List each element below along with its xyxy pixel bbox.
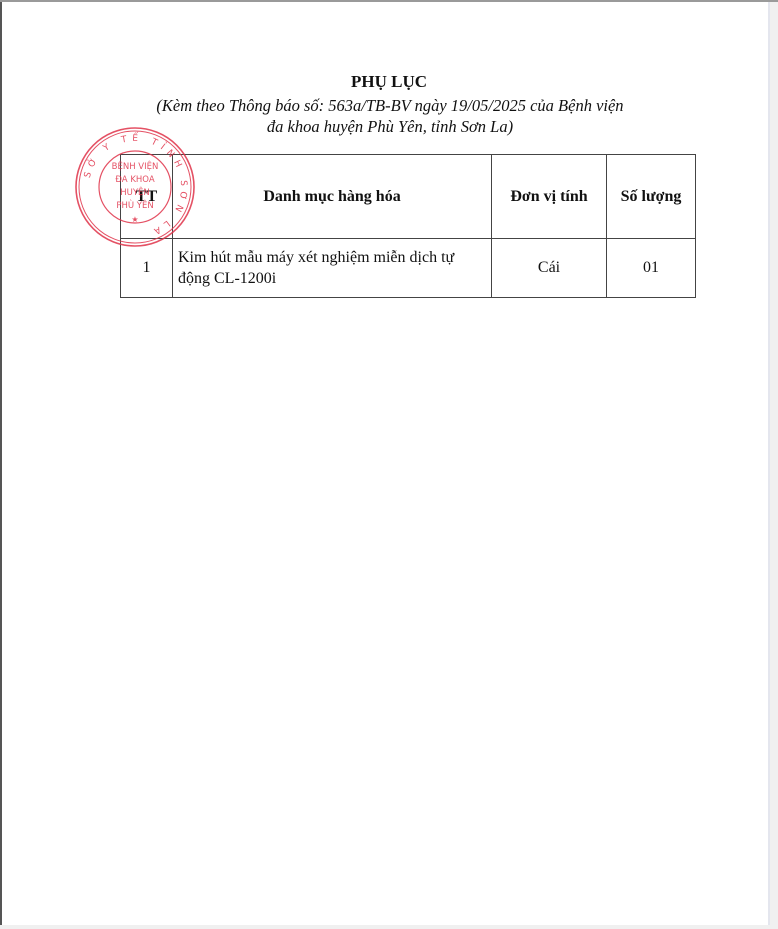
header-quantity: Số lượng — [607, 155, 696, 239]
document-page — [0, 2, 770, 925]
header-unit: Đơn vị tính — [492, 155, 607, 239]
table-header-row: TT Danh mục hàng hóa Đơn vị tính Số lượn… — [121, 155, 696, 239]
page-edge — [768, 2, 770, 925]
cell-tt: 1 — [121, 239, 173, 298]
header-item: Danh mục hàng hóa — [173, 155, 492, 239]
goods-table: TT Danh mục hàng hóa Đơn vị tính Số lượn… — [120, 154, 696, 298]
header-tt: TT — [121, 155, 173, 239]
table-row: 1 Kim hút mẫu máy xét nghiệm miễn dịch t… — [121, 239, 696, 298]
cell-item: Kim hút mẫu máy xét nghiệm miễn dịch tự … — [173, 239, 492, 298]
document-title: PHỤ LỤC — [0, 72, 778, 92]
document-subtitle: (Kèm theo Thông báo số: 563a/TB-BV ngày … — [150, 95, 630, 137]
cell-quantity: 01 — [607, 239, 696, 298]
cell-unit: Cái — [492, 239, 607, 298]
